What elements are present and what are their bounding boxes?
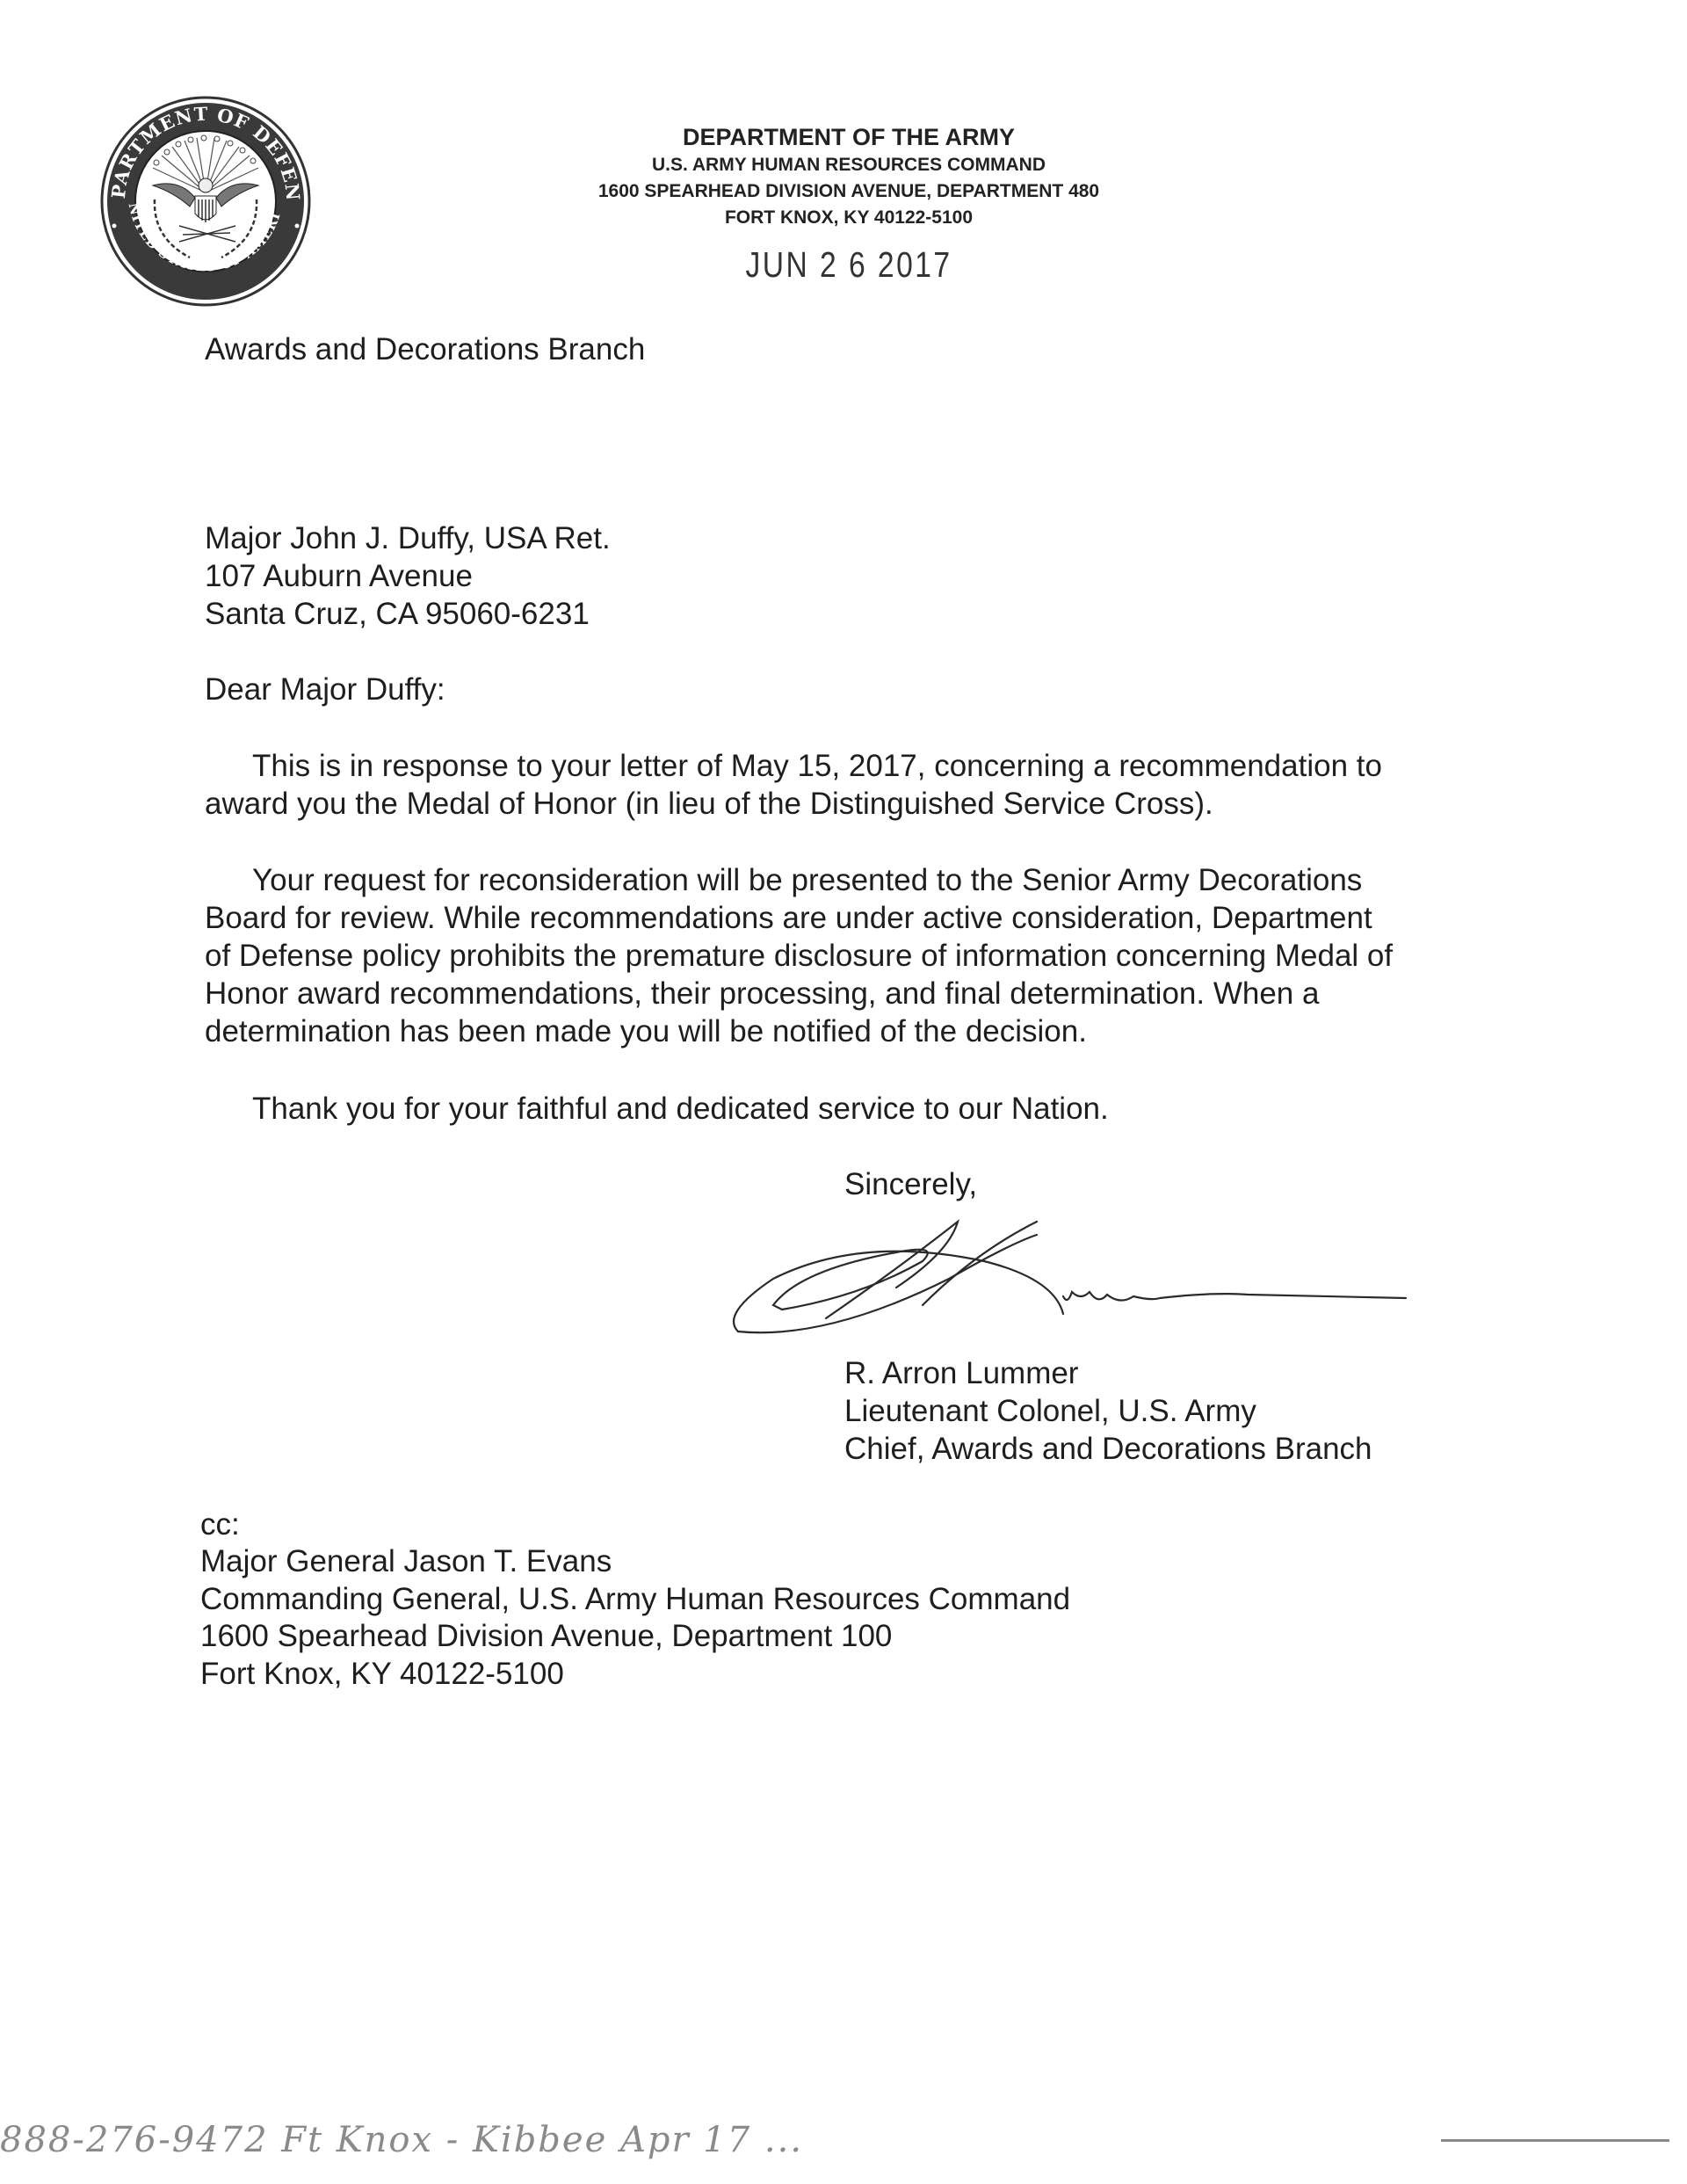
paragraph-line: of Defense policy prohibits the prematur… bbox=[205, 937, 1488, 975]
body-paragraph: Thank you for your faithful and dedicate… bbox=[205, 1090, 1488, 1128]
letterhead-title: DEPARTMENT OF THE ARMY bbox=[0, 124, 1687, 151]
paragraph-line: determination has been made you will be … bbox=[205, 1012, 1488, 1050]
letterhead-line: FORT KNOX, KY 40122-5100 bbox=[0, 207, 1687, 229]
paragraph-line: Honor award recommendations, their proce… bbox=[205, 975, 1488, 1012]
body-paragraph: This is in response to your letter of Ma… bbox=[205, 747, 1488, 823]
recipient-name: Major John J. Duffy, USA Ret. bbox=[205, 519, 611, 557]
paragraph-line: award you the Medal of Honor (in lieu of… bbox=[205, 785, 1488, 823]
cc-line: Commanding General, U.S. Army Human Reso… bbox=[200, 1580, 1070, 1618]
paragraph-line: Thank you for your faithful and dedicate… bbox=[205, 1090, 1488, 1128]
date-stamp: JUN 2 6 2017 bbox=[153, 244, 1545, 286]
cc-line: Major General Jason T. Evans bbox=[200, 1542, 612, 1580]
cc-line: 1600 Spearhead Division Avenue, Departme… bbox=[200, 1617, 892, 1655]
body-paragraph: Your request for reconsideration will be… bbox=[205, 861, 1488, 1050]
letterhead-line: U.S. ARMY HUMAN RESOURCES COMMAND bbox=[0, 155, 1687, 176]
signer-name: R. Arron Lummer bbox=[844, 1354, 1078, 1392]
salutation: Dear Major Duffy: bbox=[205, 671, 445, 708]
paragraph-line: This is in response to your letter of Ma… bbox=[205, 747, 1488, 785]
signer-title: Chief, Awards and Decorations Branch bbox=[844, 1430, 1372, 1468]
handwritten-signature-icon bbox=[720, 1217, 1467, 1349]
cc-line: Fort Knox, KY 40122-5100 bbox=[200, 1655, 564, 1693]
cc-label: cc: bbox=[200, 1506, 240, 1543]
strikethrough-line bbox=[1441, 2139, 1669, 2142]
paragraph-line: Your request for reconsideration will be… bbox=[205, 861, 1488, 899]
recipient-street: 107 Auburn Avenue bbox=[205, 557, 473, 595]
letterhead-line: 1600 SPEARHEAD DIVISION AVENUE, DEPARTME… bbox=[0, 181, 1687, 202]
handwritten-note: 888-276-9472 Ft Knox - Kibbee Apr 17 ... bbox=[0, 2120, 803, 2160]
signer-rank: Lieutenant Colonel, U.S. Army bbox=[844, 1392, 1256, 1430]
office-symbol: Awards and Decorations Branch bbox=[205, 330, 645, 368]
closing: Sincerely, bbox=[844, 1165, 977, 1203]
recipient-city: Santa Cruz, CA 95060-6231 bbox=[205, 595, 590, 633]
paragraph-line: Board for review. While recommendations … bbox=[205, 899, 1488, 937]
